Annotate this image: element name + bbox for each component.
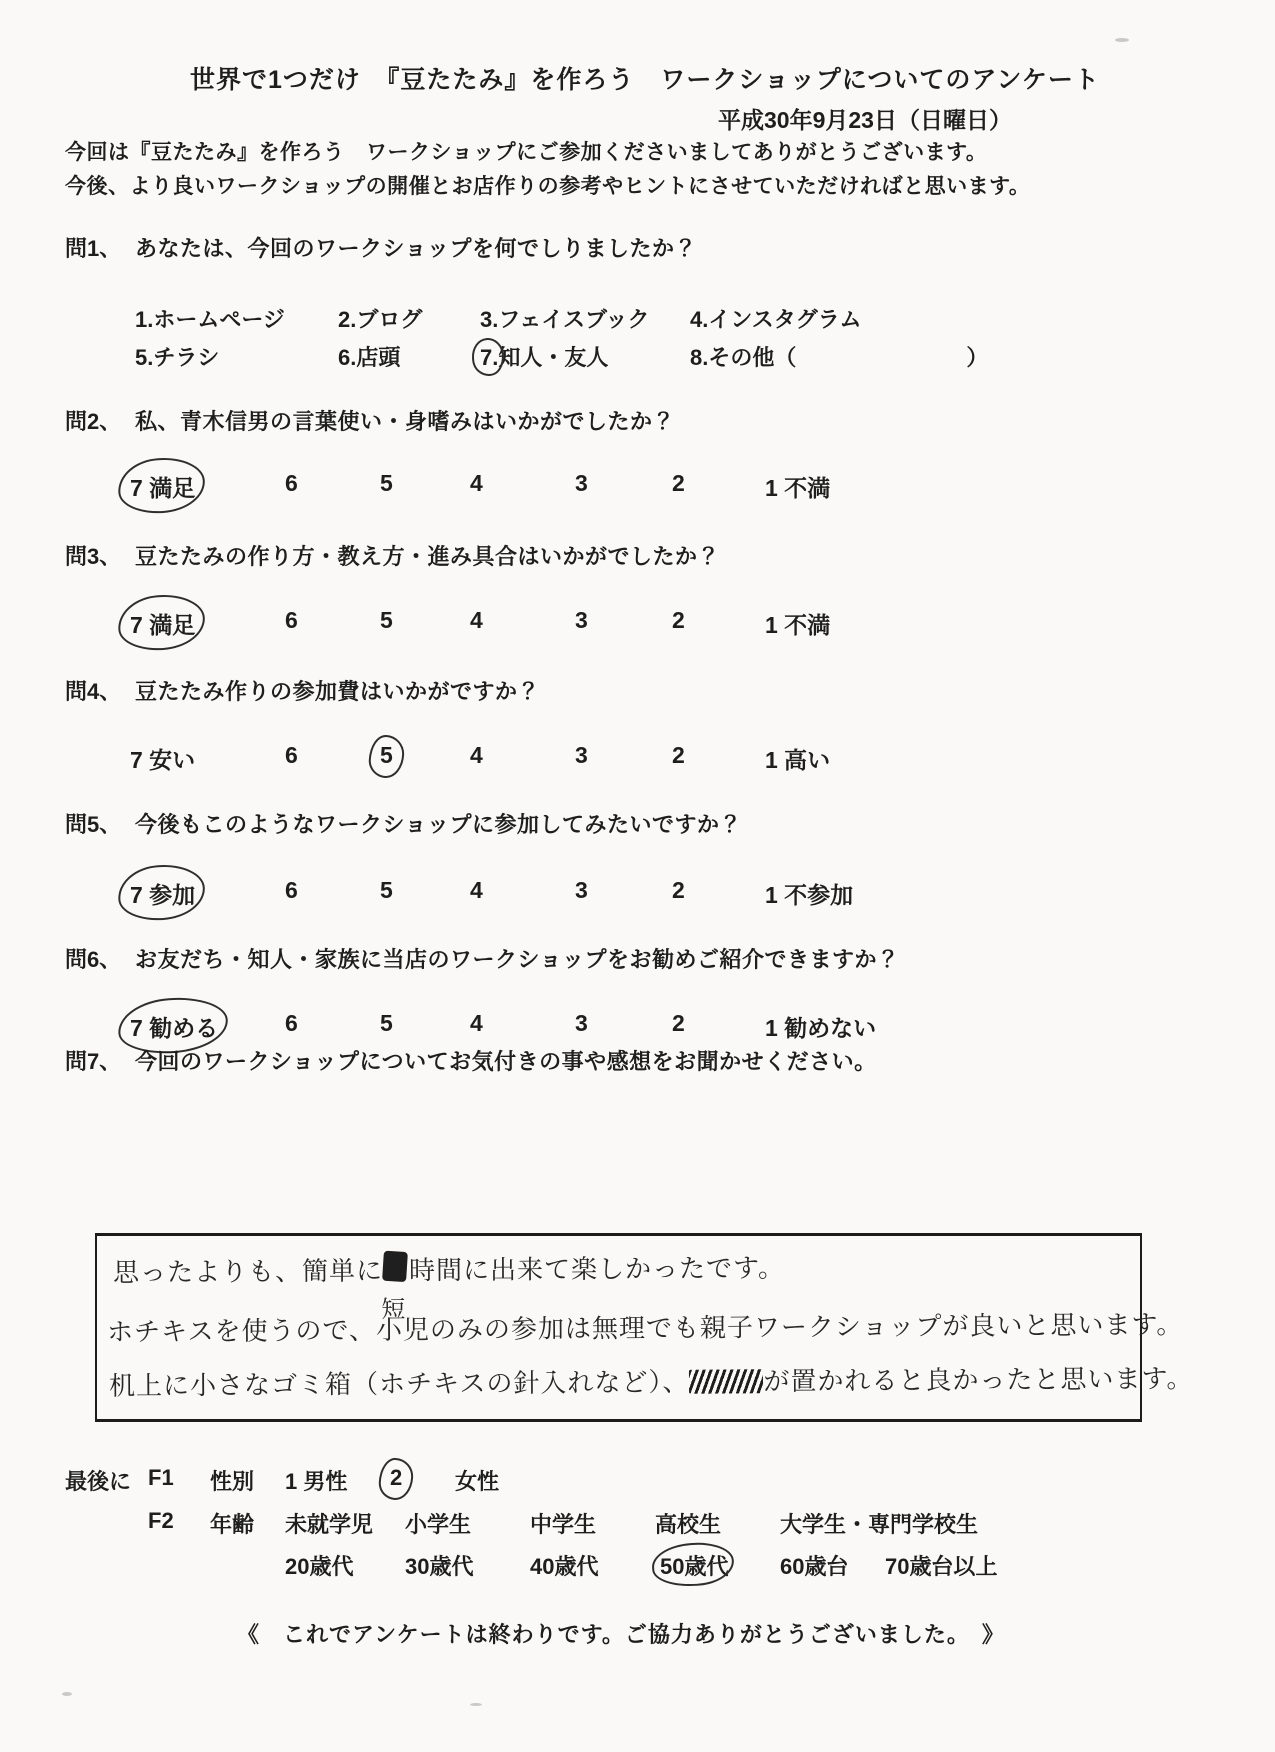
scale-option: 7 満足: [130, 475, 195, 501]
question-6-text: お友だち・知人・家族に当店のワークショップをお勧めご紹介できますか？: [135, 943, 900, 974]
scale-option: 6: [285, 742, 380, 775]
question-4-scale: 7 安い 6 5 4 3 2 1 高い: [130, 742, 1130, 775]
handwritten-line-3: 机上に小さなゴミ箱（ホチキスの針入れなど）、が置かれると良かったと思います。: [109, 1358, 1194, 1403]
question-2-label: 問2、: [65, 405, 135, 436]
scale-option: 7 満足: [130, 612, 195, 638]
handwritten-circle-f2: 50歳代: [660, 1550, 728, 1581]
age-option-preschool: 未就学児: [285, 1508, 405, 1539]
option-blog: 2.ブログ: [338, 303, 480, 334]
intro-line-2: 今後、より良いワークショップの開催とお店作りの参考やヒントにさせていただければと…: [65, 170, 1030, 200]
question-4: 問4、 豆たたみ作りの参加費はいかがですか？: [65, 675, 540, 706]
scale-option: 3: [575, 1010, 672, 1043]
f1-category: 性別: [210, 1465, 285, 1496]
option-other: 8.その他（）: [690, 341, 1135, 372]
option-flyer: 5.チラシ: [135, 341, 338, 372]
f1-option-female-label: 女性: [455, 1465, 1065, 1496]
scan-artifact: [1115, 38, 1129, 42]
option-other-close-paren: ）: [966, 345, 988, 370]
scale-option: 6: [285, 877, 380, 910]
f1-gender-row: 最後に F1 性別 1 男性 2 女性: [65, 1465, 1065, 1496]
question-7: 問7、 今回のワークショップについてお気付きの事や感想をお聞かせください。: [65, 1045, 877, 1076]
question-3-scale: 7 満足 6 5 4 3 2 1 不満: [130, 607, 1130, 640]
option-homepage: 1.ホームページ: [135, 303, 338, 334]
scale-option: 4: [470, 742, 575, 775]
scale-option: 5: [380, 1010, 470, 1043]
scale-option: 3: [575, 470, 672, 503]
f1-option-male: 1 男性: [285, 1465, 390, 1496]
scale-option: 2: [672, 1010, 765, 1043]
option-friend-label: 知人・友人: [498, 345, 608, 370]
f1-id: F1: [148, 1465, 210, 1496]
question-6: 問6、 お友だち・知人・家族に当店のワークショップをお勧めご紹介できますか？: [65, 943, 900, 974]
question-6-scale: 7 勧める 6 5 4 3 2 1 勧めない: [130, 1010, 1130, 1043]
option-instagram: 4.インスタグラム: [690, 303, 1135, 334]
option-facebook: 3.フェイスブック: [480, 303, 690, 334]
scale-option: 4: [470, 1010, 575, 1043]
age-option-20s: 20歳代: [285, 1550, 405, 1581]
scale-option: 5: [380, 877, 470, 910]
scale-option: 5: [380, 607, 470, 640]
scale-option: 4: [470, 607, 575, 640]
question-3: 問3、 豆たたみの作り方・教え方・進み具合はいかがでしたか？: [65, 540, 720, 571]
scale-option: 5: [380, 742, 393, 768]
question-4-text: 豆たたみ作りの参加費はいかがですか？: [135, 675, 540, 706]
scale-option: 6: [285, 470, 380, 503]
question-7-text: 今回のワークショップについてお気付きの事や感想をお聞かせください。: [135, 1045, 877, 1076]
handwritten-circle-q1: 7.: [480, 345, 498, 371]
scale-option: 2: [672, 742, 765, 775]
scale-option: 6: [285, 1010, 380, 1043]
question-1-text: あなたは、今回のワークショップを何でしりましたか？: [135, 232, 697, 263]
scale-option: 2: [672, 470, 765, 503]
handwritten-line-2: ホチキスを使うので、小児のみの参加は無理でも親子ワークショップが良いと思います。: [107, 1304, 1184, 1349]
scale-option: 7 安い: [130, 742, 285, 775]
question-6-label: 問6、: [65, 943, 135, 974]
question-2-scale: 7 満足 6 5 4 3 2 1 不満: [130, 470, 1130, 503]
handwritten-line-1: 思ったよりも、簡単に短時間に出来て楽しかったです。: [113, 1248, 785, 1290]
question-2-text: 私、青木信男の言葉使い・身嗜みはいかがでしたか？: [135, 405, 675, 436]
question-5-label: 問5、: [65, 808, 135, 839]
handwritten-circle-q4: 5: [380, 742, 393, 769]
question-5-scale: 7 参加 6 5 4 3 2 1 不参加: [130, 877, 1130, 910]
f2-category: 年齢: [210, 1508, 285, 1539]
age-option-30s: 30歳代: [405, 1550, 530, 1581]
scribble-blob: [382, 1251, 408, 1282]
scribbled-out-word: [689, 1369, 763, 1394]
question-5-text: 今後もこのようなワークショップに参加してみたいですか？: [135, 808, 742, 839]
handwritten-circle-q6: 7 勧める: [130, 1010, 218, 1043]
f2-age-row-2: 20歳代 30歳代 40歳代 50歳代 60歳台 70歳台以上: [285, 1550, 1245, 1581]
f2-age-row-1: 未就学児 小学生 中学生 高校生 大学生・専門学校生: [285, 1508, 1245, 1539]
scale-option: 5: [380, 470, 470, 503]
option-friend: 7.知人・友人: [480, 341, 690, 372]
age-option-50s: 50歳代: [660, 1554, 728, 1579]
scale-option: 1 不満: [765, 607, 1130, 640]
question-2: 問2、 私、青木信男の言葉使い・身嗜みはいかがでしたか？: [65, 405, 675, 436]
age-option-70s: 70歳台以上: [885, 1550, 1245, 1581]
question-3-text: 豆たたみの作り方・教え方・進み具合はいかがでしたか？: [135, 540, 720, 571]
scale-option: 1 不満: [765, 470, 1130, 503]
scale-option: 7 参加: [130, 882, 195, 908]
final-lead: 最後に: [65, 1465, 148, 1496]
scale-option: 2: [672, 877, 765, 910]
scale-option: 3: [575, 877, 672, 910]
age-option-40s: 40歳代: [530, 1550, 660, 1581]
f1-option-female-number: 2: [390, 1465, 402, 1490]
f2-id: F2: [148, 1508, 210, 1539]
age-option-university: 大学生・専門学校生: [780, 1508, 1245, 1539]
handwritten-circle-f1: 2: [390, 1465, 402, 1491]
page-title: 世界で1つだけ 『豆たたみ』を作ろう ワークショップについてのアンケート: [190, 60, 1100, 96]
question-3-label: 問3、: [65, 540, 135, 571]
option-storefront: 6.店頭: [338, 341, 480, 372]
scale-option: 1 高い: [765, 742, 1130, 775]
survey-date: 平成30年9月23日（日曜日）: [718, 102, 1012, 135]
question-1-label: 問1、: [65, 232, 135, 263]
crossed-out-character: 短: [383, 1255, 409, 1281]
scan-artifact: [62, 1692, 72, 1696]
closing-message: 《 これでアンケートは終わりです。ご協力ありがとうございました。 》: [237, 1618, 1005, 1649]
question-7-label: 問7、: [65, 1045, 135, 1076]
survey-scan-page: 世界で1つだけ 『豆たたみ』を作ろう ワークショップについてのアンケート 平成3…: [0, 0, 1275, 1752]
option-other-label: 8.その他（: [690, 345, 796, 370]
handwritten-circle-q5: 7 参加: [130, 877, 195, 910]
question-4-label: 問4、: [65, 675, 135, 706]
handwritten-circle-q2: 7 満足: [130, 470, 195, 503]
scale-option: 1 勧めない: [765, 1010, 1130, 1043]
age-option-60s: 60歳台: [780, 1550, 885, 1581]
scale-option: 2: [672, 607, 765, 640]
intro-line-1: 今回は『豆たたみ』を作ろう ワークショップにご参加くださいましてありがとうござい…: [65, 136, 987, 166]
scale-option: 1 不参加: [765, 877, 1130, 910]
question-1-options-row-1: 1.ホームページ 2.ブログ 3.フェイスブック 4.インスタグラム: [135, 303, 1135, 334]
question-1: 問1、 あなたは、今回のワークショップを何でしりましたか？: [65, 232, 697, 263]
scale-option: 3: [575, 607, 672, 640]
age-option-elementary: 小学生: [405, 1508, 530, 1539]
question-1-options-row-2: 5.チラシ 6.店頭 7.知人・友人 8.その他（）: [135, 341, 1135, 372]
scan-artifact: [470, 1703, 482, 1706]
handwritten-circle-q3: 7 満足: [130, 607, 195, 640]
scale-option: 3: [575, 742, 672, 775]
age-option-juniorhigh: 中学生: [530, 1508, 655, 1539]
scale-option: 4: [470, 470, 575, 503]
question-5: 問5、 今後もこのようなワークショップに参加してみたいですか？: [65, 808, 742, 839]
scale-option: 6: [285, 607, 380, 640]
scale-option: 7 勧める: [130, 1015, 218, 1041]
comment-box: 思ったよりも、簡単に短時間に出来て楽しかったです。 ホチキスを使うので、小児のみ…: [95, 1233, 1142, 1422]
scale-option: 4: [470, 877, 575, 910]
age-option-highschool: 高校生: [655, 1508, 780, 1539]
